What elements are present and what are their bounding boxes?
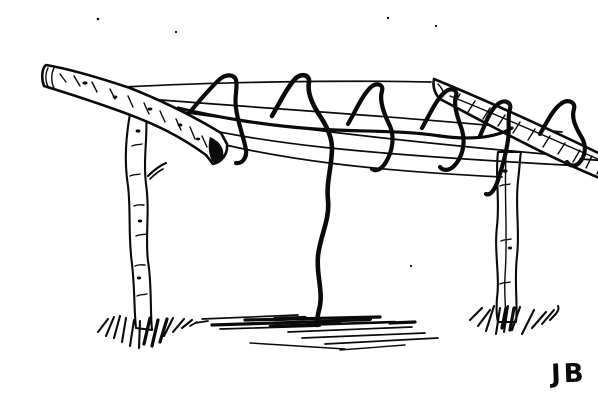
ink-sketch-trellis-shelter: JB: [40, 16, 598, 391]
left-post: [126, 114, 166, 330]
artist-signature: JB: [549, 358, 588, 389]
vine-3: [348, 84, 393, 170]
ground-shadow: [195, 315, 438, 350]
roof-vines: [178, 75, 585, 325]
sketch-canvas: JB: [40, 16, 598, 391]
